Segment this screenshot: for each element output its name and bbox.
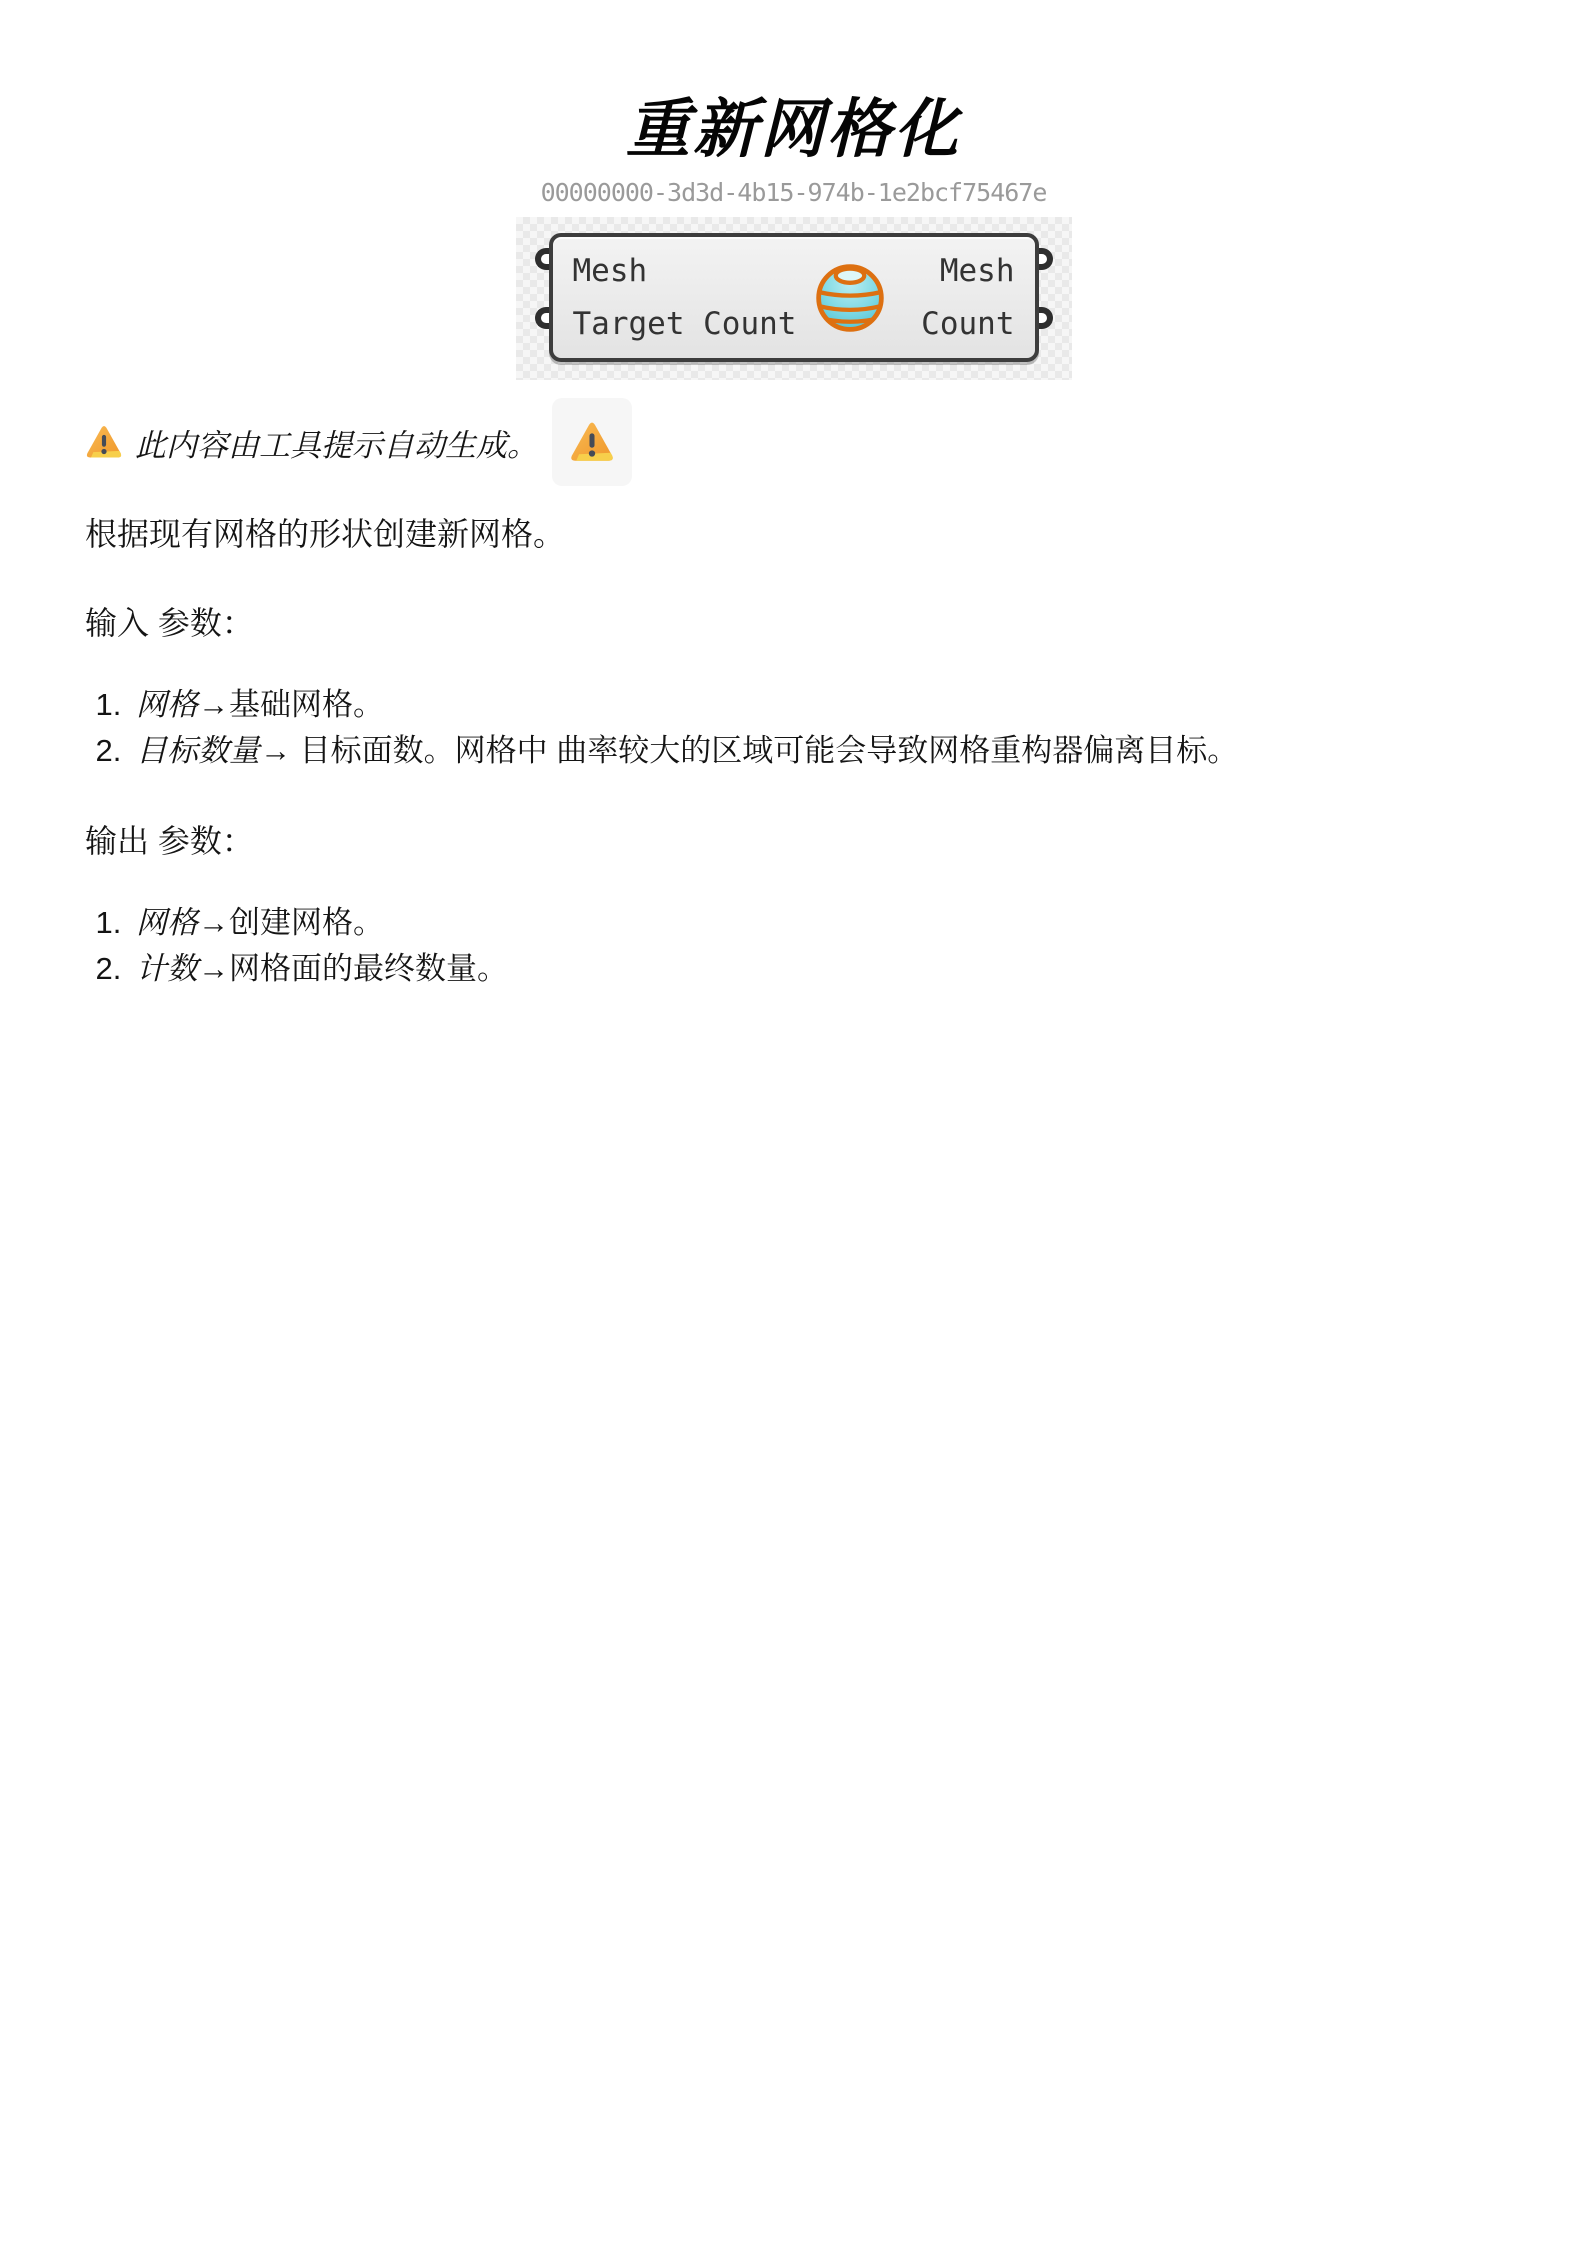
component-figure: Mesh Mesh Target Count Count	[516, 217, 1072, 380]
param-name: 网格	[136, 687, 198, 722]
list-item: 网格→创建网格。	[130, 900, 1502, 946]
param-name: 计数	[136, 951, 198, 986]
remesh-sphere-icon	[812, 260, 888, 336]
auto-generated-warning: 此内容由工具提示自动生成。	[85, 398, 1502, 486]
component-row-1: Mesh Mesh	[573, 253, 1015, 289]
param-desc: →创建网格。	[198, 905, 384, 940]
input-grip-target-count	[535, 307, 549, 329]
output-label-mesh: Mesh	[940, 253, 1015, 289]
outputs-heading: 输出 参数：	[85, 816, 1502, 862]
document-page: 重新网格化 00000000-3d3d-4b15-974b-1e2bcf7546…	[0, 0, 1587, 2244]
warning-text: 此内容由工具提示自动生成。	[135, 420, 538, 465]
param-desc: →基础网格。	[198, 687, 384, 722]
warning-icon-box	[552, 398, 632, 486]
input-grip-mesh	[535, 248, 549, 270]
list-item: 目标数量→ 目标面数。网格中 曲率较大的区域可能会导致网格重构器偏离目标。	[130, 728, 1502, 774]
output-grip-count	[1039, 307, 1053, 329]
input-label-target-count: Target Count	[573, 306, 797, 342]
warning-icon	[85, 423, 123, 461]
component-guid: 00000000-3d3d-4b15-974b-1e2bcf75467e	[0, 178, 1587, 207]
param-desc: →网格面的最终数量。	[198, 951, 508, 986]
inputs-list: 网格→基础网格。 目标数量→ 目标面数。网格中 曲率较大的区域可能会导致网格重构…	[85, 682, 1502, 774]
list-item: 计数→网格面的最终数量。	[130, 946, 1502, 992]
grasshopper-component: Mesh Mesh Target Count Count	[549, 233, 1039, 362]
param-name: 网格	[136, 905, 198, 940]
input-label-mesh: Mesh	[573, 253, 648, 289]
param-name: 目标数量	[136, 733, 260, 768]
warning-icon	[569, 419, 615, 465]
list-item: 网格→基础网格。	[130, 682, 1502, 728]
component-description: 根据现有网格的形状创建新网格。	[85, 512, 1502, 556]
output-grip-mesh	[1039, 248, 1053, 270]
outputs-list: 网格→创建网格。 计数→网格面的最终数量。	[85, 900, 1502, 992]
page-title: 重新网格化	[0, 0, 1587, 166]
inputs-heading: 输入 参数：	[85, 598, 1502, 644]
component-row-2: Target Count Count	[573, 306, 1015, 342]
param-desc: → 目标面数。网格中 曲率较大的区域可能会导致网格重构器偏离目标。	[260, 733, 1238, 768]
output-label-count: Count	[921, 306, 1014, 342]
